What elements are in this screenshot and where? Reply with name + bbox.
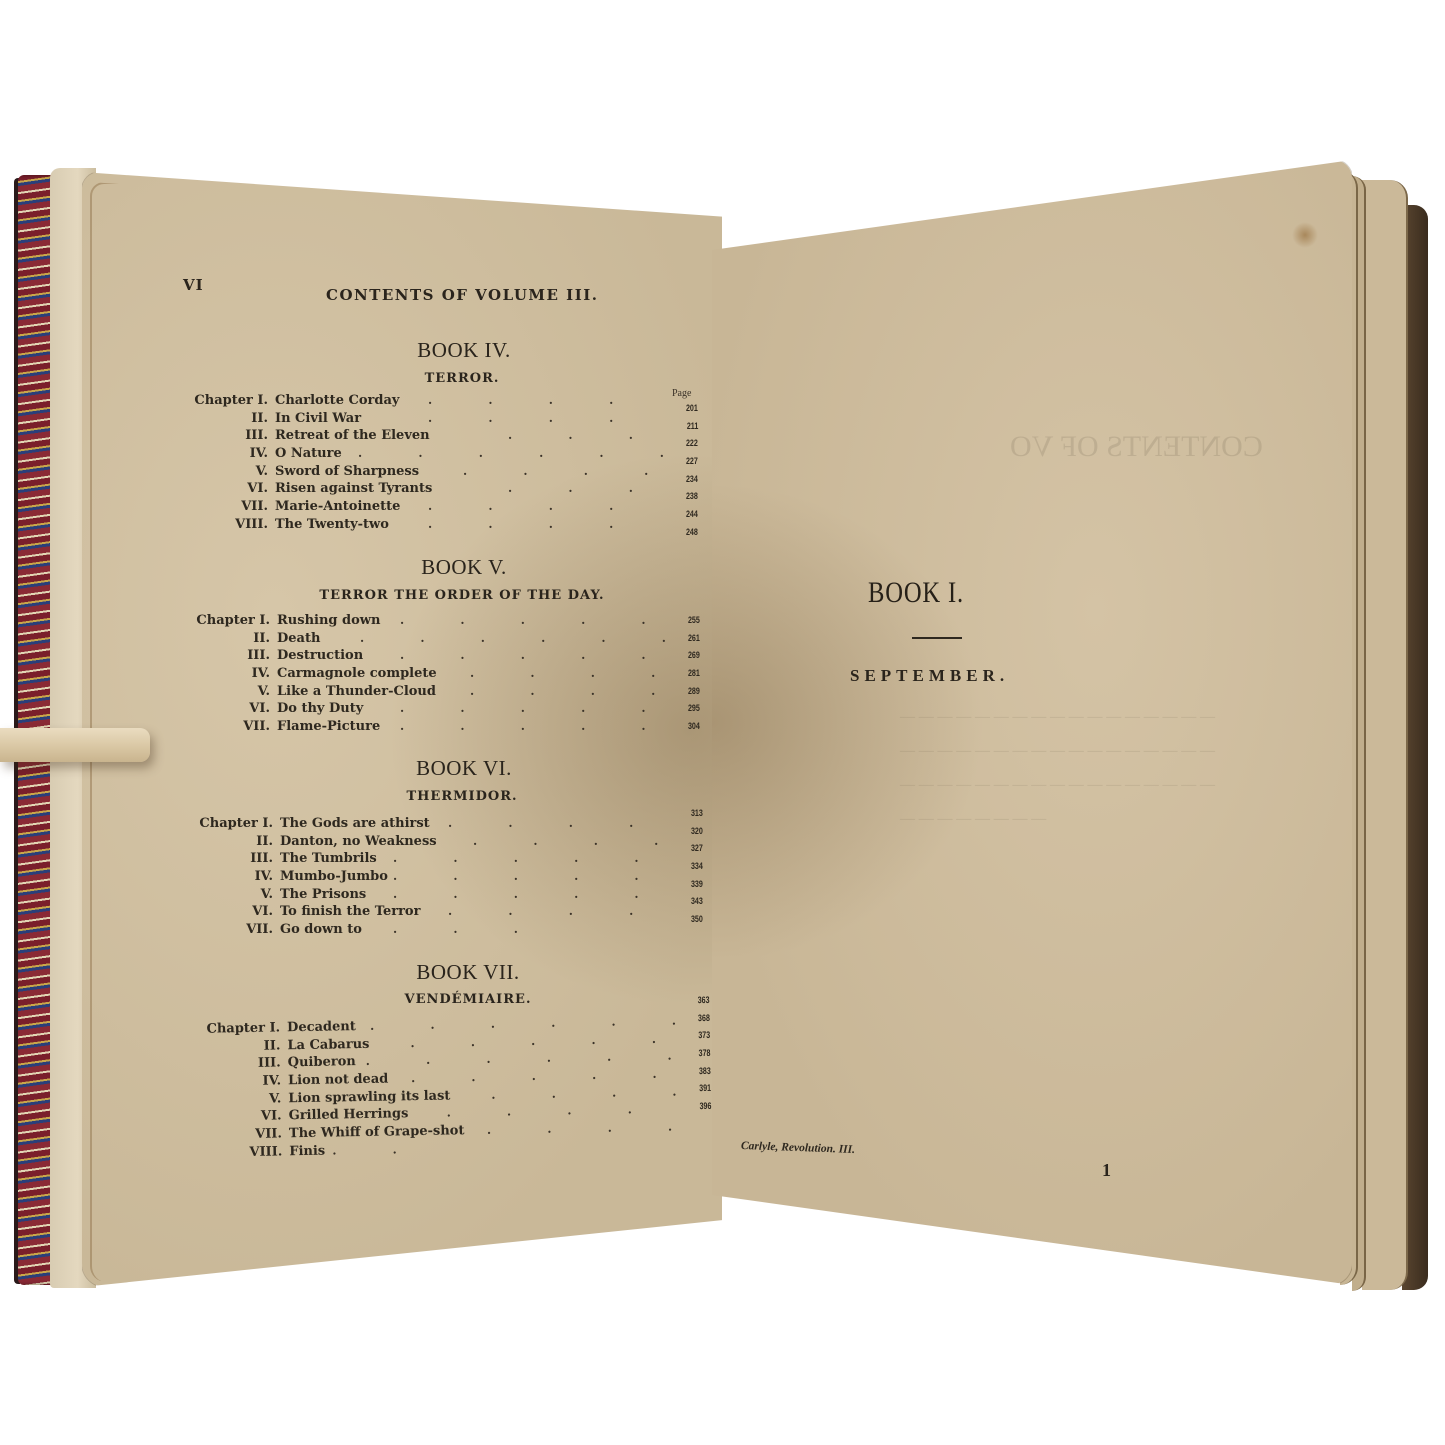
- chapter-number: Chapter I.: [199, 816, 273, 831]
- book-subtitle: TERROR THE ORDER OF THE DAY.: [262, 588, 662, 603]
- chapter-number: VII.: [241, 499, 268, 514]
- leader-dots: . . . . . . . .: [470, 684, 670, 698]
- page-number: 327: [691, 843, 703, 854]
- page-stack: [1362, 180, 1408, 1290]
- chapter-number: III.: [245, 428, 268, 443]
- chapter-title: Death: [277, 631, 320, 646]
- page-number: 391: [699, 1083, 711, 1094]
- leader-dots: . . . . . . .: [491, 1084, 681, 1101]
- leader-dots: . . . . . . . . .: [428, 393, 668, 407]
- chapter-title: Grilled Herrings: [289, 1107, 409, 1124]
- leader-dots: . . . . . . . . .: [428, 499, 668, 513]
- chapter-title: The Gods are athirst: [280, 816, 430, 831]
- toc-entry[interactable]: IV.Carmagnole complete. . . . . . . .281: [180, 666, 700, 684]
- toc-entry[interactable]: VII.Flame-Picture. . . . . . . . . .304: [180, 719, 700, 737]
- book-photo: CONTENTS OF VO — — — — — — — — — — — — —…: [0, 0, 1445, 1445]
- toc-entry[interactable]: V.Sword of Sharpness. . . . . . . .234: [178, 464, 698, 482]
- page-number: 373: [698, 1030, 710, 1041]
- leader-dots: . . . . . . . . . .: [393, 851, 673, 865]
- chapter-title: Destruction: [277, 648, 363, 663]
- toc-entry[interactable]: IV.O Nature. . . . . . . . . .227: [178, 446, 698, 464]
- page-number: 339: [691, 879, 703, 890]
- page-number: 304: [688, 721, 700, 732]
- toc-book-vii: Chapter I.Decadent. . . . . . . . . . .3…: [190, 1013, 712, 1164]
- chapter-book-title: BOOK I.: [868, 576, 964, 610]
- chapter-title: Risen against Tyrants: [275, 481, 432, 496]
- toc-entry[interactable]: VI.To finish the Terror. . . . . . . . .…: [183, 904, 703, 922]
- book-heading: BOOK V.: [364, 555, 564, 580]
- folio-left: VI: [183, 276, 204, 294]
- chapter-number: V.: [256, 464, 268, 479]
- chapter-number: IV.: [252, 666, 270, 681]
- chapter-title: La Cabarus: [287, 1037, 369, 1053]
- chapter-title: Rushing down: [277, 613, 380, 628]
- chapter-title: The Prisons: [280, 887, 366, 902]
- chapter-number: VI.: [247, 481, 268, 496]
- title-rule: [912, 637, 962, 639]
- leader-dots: . . . . . . . .: [473, 834, 673, 848]
- page-number: 383: [699, 1066, 711, 1077]
- page-number: 363: [698, 995, 710, 1006]
- leader-dots: . . . . . . . .: [487, 1120, 682, 1137]
- toc-entry[interactable]: IV.Mumbo-Jumbo. . . . . . . . . .334: [183, 869, 703, 887]
- chapter-number: II.: [256, 834, 273, 849]
- leader-dots: . . . . . . . .: [470, 666, 670, 680]
- toc-entry[interactable]: II.Danton, no Weakness. . . . . . . .320: [183, 834, 703, 852]
- toc-entry[interactable]: II.In Civil War. . . . . . . . .211: [178, 411, 698, 429]
- chapter-number: VII.: [246, 922, 273, 937]
- leader-dots: . . . . . . . . . .: [393, 869, 673, 883]
- chapter-number: III.: [247, 648, 270, 663]
- leader-dots: . . . . . . . . .: [448, 904, 673, 918]
- toc-entry[interactable]: Chapter I.Rushing down. . . . . . . . . …: [180, 613, 700, 631]
- chapter-title: Carmagnole complete: [277, 666, 437, 681]
- chapter-number: III.: [250, 851, 273, 866]
- chapter-number: IV.: [250, 446, 268, 461]
- toc-book-iv: Chapter I.Charlotte Corday. . . . . . . …: [178, 393, 698, 535]
- foxing-stain: [1292, 222, 1318, 248]
- bleed-through-text: CONTENTS OF VO: [1010, 430, 1263, 464]
- chapter-number: II.: [253, 631, 270, 646]
- book-subtitle: VENDÉMIAIRE.: [268, 992, 668, 1007]
- chapter-title: The Tumbrils: [280, 851, 377, 866]
- chapter-title: Quiberon: [288, 1054, 356, 1070]
- chapter-number: VIII.: [235, 517, 268, 532]
- page-number: 334: [691, 861, 703, 872]
- chapter-title: In Civil War: [275, 411, 361, 426]
- chapter-title: Sword of Sharpness: [275, 464, 419, 479]
- chapter-title: The Twenty-two: [275, 517, 389, 532]
- chapter-number: VI.: [249, 701, 270, 716]
- chapter-number: III.: [258, 1056, 281, 1071]
- toc-entry[interactable]: VI.Do thy Duty. . . . . . . . . .295: [180, 701, 700, 719]
- chapter-number: V.: [258, 684, 270, 699]
- chapter-title: Retreat of the Eleven: [275, 428, 430, 443]
- chapter-number: V.: [269, 1091, 282, 1106]
- chapter-book-subtitle: SEPTEMBER.: [850, 666, 1009, 686]
- leader-dots: . . . . .: [332, 1142, 412, 1157]
- page-number: 248: [686, 527, 698, 538]
- book-subtitle: THERMIDOR.: [262, 789, 662, 804]
- leader-dots: . . . . . . . . . . .: [360, 631, 670, 645]
- chapter-title: Do thy Duty: [277, 701, 363, 716]
- chapter-number: II.: [251, 411, 268, 426]
- toc-entry[interactable]: VI.Risen against Tyrants. . . . . . .238: [178, 481, 698, 499]
- chapter-title: Go down to: [280, 922, 362, 937]
- chapter-number: V.: [261, 887, 273, 902]
- chapter-number: Chapter I.: [194, 393, 268, 408]
- page-number: 368: [698, 1013, 710, 1024]
- page-number: 350: [691, 914, 703, 925]
- toc-entry[interactable]: V.The Prisons. . . . . . . . . .339: [183, 887, 703, 905]
- toc-entry[interactable]: Chapter I.The Gods are athirst. . . . . …: [183, 816, 703, 834]
- book-heading: BOOK VI.: [364, 756, 564, 781]
- chapter-number: IV.: [255, 869, 273, 884]
- page-number: 289: [688, 686, 700, 697]
- chapter-title: The Whiff of Grape-shot: [289, 1123, 465, 1141]
- toc-entry[interactable]: III.Destruction. . . . . . . . . .269: [180, 648, 700, 666]
- toc-entry[interactable]: II.Death. . . . . . . . . . .261: [180, 631, 700, 649]
- chapter-title: Lion sprawling its last: [288, 1088, 450, 1106]
- page-number: 320: [691, 826, 703, 837]
- leader-dots: . . . . . . . . . .: [400, 613, 670, 627]
- chapter-number: VIII.: [249, 1144, 282, 1160]
- page-number: 281: [688, 668, 700, 679]
- chapter-number: VII.: [243, 719, 270, 734]
- book-heading: BOOK IV.: [364, 338, 564, 363]
- chapter-title: Marie-Antoinette: [275, 499, 400, 514]
- folio-right: 1: [1102, 1160, 1111, 1181]
- page-number: 295: [688, 703, 700, 714]
- leader-dots: . . . . . . . . . .: [400, 719, 670, 733]
- toc-entry[interactable]: VII.Go down to. . . . .350: [183, 922, 703, 940]
- leader-dots: . . . . . . .: [508, 481, 668, 495]
- leader-dots: . . . . . . . . .: [448, 816, 673, 830]
- toc-book-vi: Chapter I.The Gods are athirst. . . . . …: [183, 816, 703, 940]
- running-head: CONTENTS OF VOLUME III.: [326, 286, 598, 304]
- chapter-number: Chapter I.: [196, 613, 270, 628]
- page-number: 269: [688, 650, 700, 661]
- chapter-title: To finish the Terror: [280, 904, 420, 919]
- chapter-title: Lion not dead: [288, 1072, 389, 1089]
- page-number: 261: [688, 633, 700, 644]
- book-subtitle: TERROR.: [262, 371, 662, 386]
- chapter-title: Finis: [289, 1143, 325, 1159]
- page-number: 343: [691, 896, 703, 907]
- chapter-number: Chapter I.: [206, 1020, 280, 1036]
- toc-entry[interactable]: VIII.The Twenty-two. . . . . . . . .248: [178, 517, 698, 535]
- chapter-title: Flame-Picture: [277, 719, 380, 734]
- bleed-through-text: — — — — — — — — — — — — — — — — — — — — …: [900, 700, 1230, 836]
- chapter-number: II.: [264, 1038, 281, 1053]
- page-number: 313: [691, 808, 703, 819]
- leader-dots: . . . . . . . . . .: [358, 446, 668, 460]
- chapter-title: Like a Thunder-Cloud: [277, 684, 436, 699]
- chapter-title: Decadent: [287, 1019, 356, 1035]
- chapter-title: Mumbo-Jumbo: [280, 869, 388, 884]
- leader-dots: . . . . .: [393, 922, 523, 936]
- leader-dots: . . . . . . .: [508, 428, 668, 442]
- toc-book-v: Chapter I.Rushing down. . . . . . . . . …: [180, 613, 700, 737]
- toc-entry[interactable]: III.Retreat of the Eleven. . . . . . .22…: [178, 428, 698, 446]
- chapter-number: VI.: [252, 904, 273, 919]
- wooden-bookmark: [0, 728, 150, 762]
- leader-dots: . . . . . . . .: [463, 464, 668, 478]
- leader-dots: . . . . . . . . .: [428, 411, 668, 425]
- toc-entry[interactable]: Chapter I.Charlotte Corday. . . . . . . …: [178, 393, 698, 411]
- chapter-number: VI.: [261, 1109, 282, 1124]
- leader-dots: . . . . . . . . . .: [400, 648, 670, 662]
- toc-entry[interactable]: III.The Tumbrils. . . . . . . . . .327: [183, 851, 703, 869]
- chapter-number: VII.: [255, 1127, 282, 1142]
- leader-dots: . . . . . . . . . .: [393, 887, 673, 901]
- chapter-number: IV.: [262, 1073, 281, 1088]
- book-heading: BOOK VII.: [368, 960, 568, 985]
- chapter-title: O Nature: [275, 446, 342, 461]
- chapter-title: Danton, no Weakness: [280, 834, 437, 849]
- leader-dots: . . . . . . . . . .: [400, 701, 670, 715]
- toc-entry[interactable]: VII.Marie-Antoinette. . . . . . . . .244: [178, 499, 698, 517]
- leader-dots: . . . . . . . . .: [428, 517, 668, 531]
- toc-entry[interactable]: V.Like a Thunder-Cloud. . . . . . . .289: [180, 684, 700, 702]
- page-number: 396: [700, 1101, 712, 1112]
- leader-dots: . . . . . . . . .: [447, 1102, 682, 1120]
- page-number: 378: [699, 1048, 711, 1059]
- chapter-title: Charlotte Corday: [275, 393, 399, 408]
- page-number: 255: [688, 615, 700, 626]
